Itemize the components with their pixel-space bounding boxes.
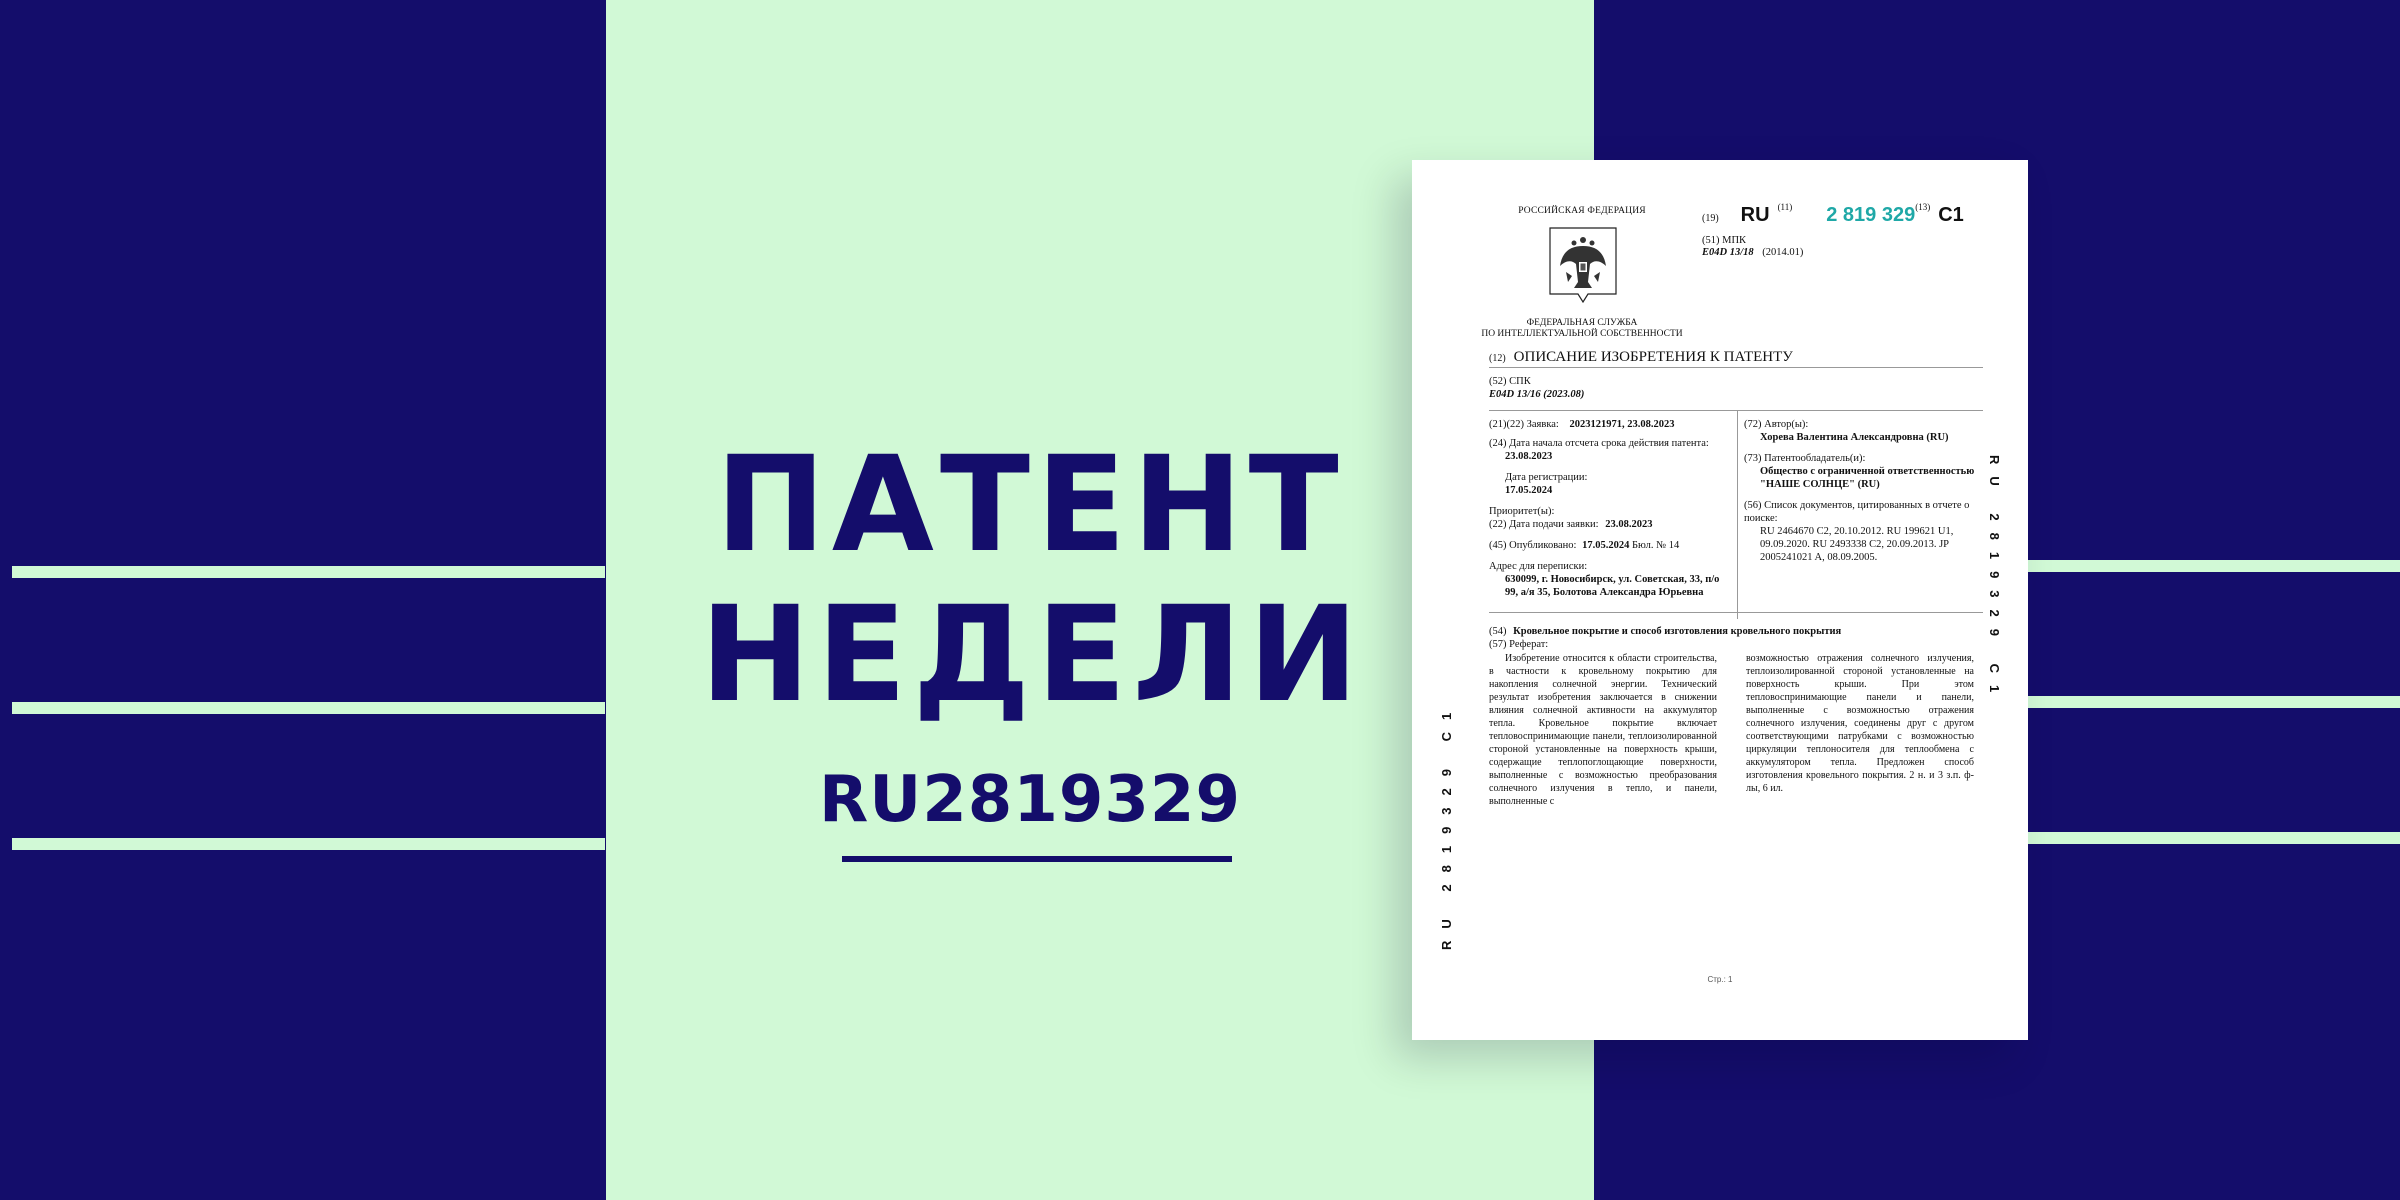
- cpc-label: (52) СПК: [1489, 375, 1531, 388]
- bibliographic-right: (72) Автор(ы): Хорева Валентина Александ…: [1744, 418, 1989, 564]
- hero-title-line1: ПАТЕНТ: [700, 430, 1360, 580]
- decorative-stripe: [2028, 560, 2400, 572]
- agency-name: ФЕДЕРАЛЬНАЯ СЛУЖБА ПО ИНТЕЛЛЕКТУАЛЬНОЙ С…: [1467, 318, 1697, 340]
- decorative-stripe: [12, 566, 605, 578]
- abstract-column-2: возможностью отражения солнечного излуче…: [1746, 652, 1974, 795]
- invention-title: (54) Кровельное покрытие и способ изгото…: [1489, 625, 1841, 638]
- page-number: Стр.: 1: [1412, 975, 2028, 984]
- country-name: РОССИЙСКАЯ ФЕДЕРАЦИЯ: [1507, 206, 1657, 216]
- document-title: (12) ОПИСАНИЕ ИЗОБРЕТЕНИЯ К ПАТЕНТУ: [1489, 348, 1793, 366]
- application-field: (21)(22) Заявка: 2023121971, 23.08.2023: [1489, 418, 1734, 431]
- abstract-column-1: Изобретение относится к области строител…: [1489, 652, 1717, 808]
- kind-code: C1: [1938, 204, 1964, 226]
- hero-patent-id: RU2819329: [700, 760, 1360, 840]
- publication-number-row: (19) RU (11) 2 819 329(13) C1: [1702, 204, 1964, 227]
- side-label-left: RU 2819329 C1: [1439, 701, 1454, 950]
- bibliographic-left: (21)(22) Заявка: 2023121971, 23.08.2023 …: [1489, 418, 1734, 599]
- abstract-label: (57) Реферат:: [1489, 638, 1548, 651]
- left-navy-panel: [0, 0, 606, 1200]
- ipc-class: E04D 13/18 (2014.01): [1702, 246, 1803, 259]
- decorative-stripe: [2028, 832, 2400, 844]
- decorative-stripe: [12, 838, 605, 850]
- hero-title: ПАТЕНТ НЕДЕЛИ: [700, 430, 1360, 730]
- published-field: (45) Опубликовано: 17.05.2024 Бюл. № 14: [1489, 539, 1734, 552]
- hero-title-line2: НЕДЕЛИ: [700, 580, 1360, 730]
- country-code: RU: [1741, 204, 1770, 226]
- filing-date-field: (22) Дата подачи заявки: 23.08.2023: [1489, 518, 1734, 531]
- cpc-class: E04D 13/16 (2023.08): [1489, 388, 1584, 401]
- patent-document: РОССИЙСКАЯ ФЕДЕРАЦИЯ ФЕДЕРАЛЬНАЯ СЛУЖБА …: [1412, 160, 2028, 1040]
- decorative-stripe: [2028, 696, 2400, 708]
- patent-number: 2 819 329: [1826, 204, 1915, 226]
- russian-coat-of-arms-icon: [1548, 226, 1618, 306]
- side-label-right: RU 2819329 C1: [1987, 455, 2002, 704]
- decorative-stripe: [12, 702, 605, 714]
- hero-underline: [842, 856, 1232, 862]
